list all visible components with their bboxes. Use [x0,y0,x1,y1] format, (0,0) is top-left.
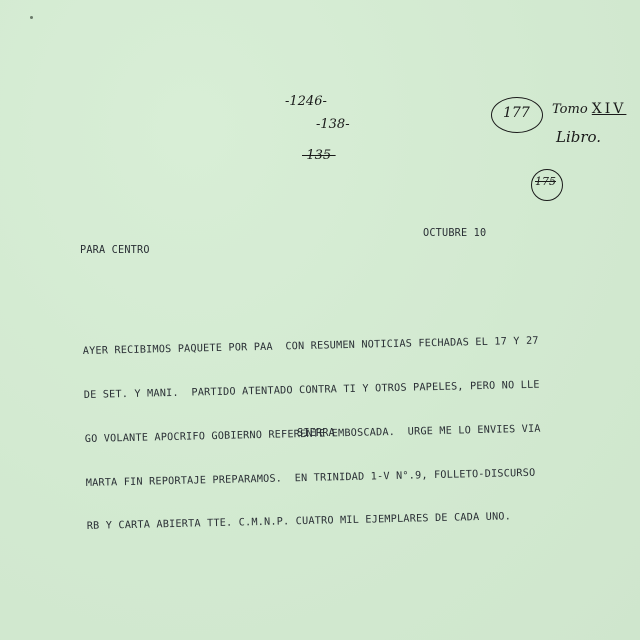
body-line: RB Y CARTA ABIERTA TTE. C.M.N.P. CUATRO … [87,510,543,535]
paper-speck [30,16,33,19]
folio-number-1246: -1246- [285,94,327,109]
tomo-annotation: Tomo XIV [552,101,626,117]
stamp-number: 175 [535,175,556,188]
body-line: DE SET. Y MANI. PARTIDO ATENTADO CONTRA … [84,379,540,404]
folio-number-138: -138- [316,117,350,132]
letter-signature: SIERRA [297,428,335,439]
libro-annotation: Libro. [556,128,601,146]
tomo-label: Tomo [552,102,588,117]
tomo-number: XIV [592,101,627,117]
letter-date: OCTUBRE 10 [423,228,486,239]
body-line: MARTA FIN REPORTAJE PREPARAMOS. EN TRINI… [86,466,542,491]
body-line: AYER RECIBIMOS PAQUETE POR PAA CON RESUM… [83,335,539,360]
letter-recipient: PARA CENTRO [80,245,150,256]
document-page: -1246- -138- -135- 177 Tomo XIV Libro. 1… [0,0,640,640]
folio-number-struck: -135- [302,148,336,163]
circled-number: 177 [503,105,530,121]
